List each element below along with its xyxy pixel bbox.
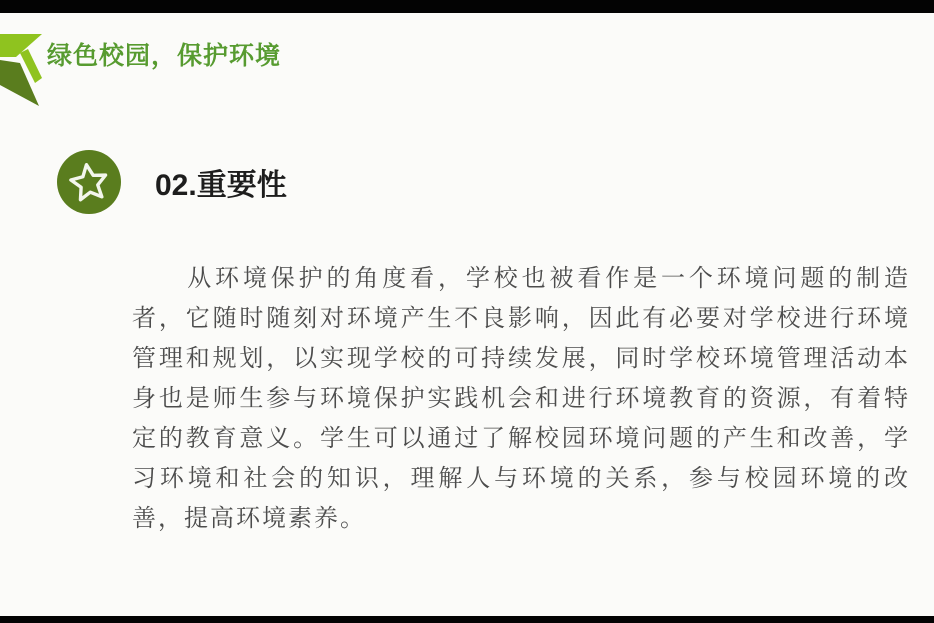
letterbox-top (0, 0, 934, 13)
star-icon (57, 150, 121, 214)
section-heading: 02.重要性 (155, 160, 287, 204)
section-header-row: 02.重要性 (57, 150, 287, 214)
letterbox-bottom (0, 616, 934, 623)
screenshot-stage: 绿色校园，保护环境 02.重要性 从环境保护的角度看，学校也被看作是一个环境问题… (0, 0, 934, 623)
presentation-slide: 绿色校园，保护环境 02.重要性 从环境保护的角度看，学校也被看作是一个环境问题… (0, 13, 934, 616)
slide-header-title: 绿色校园，保护环境 (47, 36, 281, 72)
body-paragraph: 从环境保护的角度看，学校也被看作是一个环境问题的制造者，它随时随刻对环境产生不良… (132, 259, 910, 539)
